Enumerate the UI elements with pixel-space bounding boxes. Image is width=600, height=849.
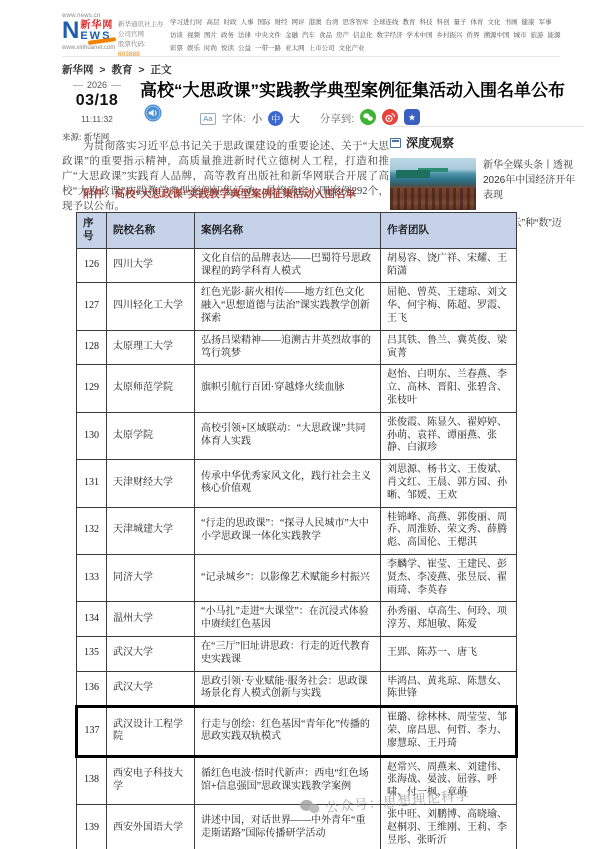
nav-link[interactable]: 乡村振兴 — [437, 32, 463, 40]
table-cell-school: 温州大学 — [107, 602, 195, 637]
table-cell-case: 弘扬吕梁精神——追溯古井英烈故事的笃行筑梦 — [195, 330, 381, 365]
table-row: 131天津财经大学传承中华优秀家风文化，践行社会主义核心价值观刘思源、杨书文、王… — [77, 460, 517, 507]
table-cell-case: 行走与创绘：红色基因“青年化”传播的思政实践双轨模式 — [195, 707, 381, 756]
nav-link[interactable]: 体育 — [471, 19, 484, 27]
wechat-share-icon[interactable] — [360, 109, 376, 128]
nav-link[interactable]: 上市公司 — [309, 45, 335, 53]
table-cell-team: 屈艳、曾英、王建琼、刘文华、何宇梅、陈超、罗霞、王飞 — [381, 283, 517, 330]
table-cell-no: 127 — [77, 283, 107, 330]
font-medium-button[interactable]: 中 — [268, 111, 283, 126]
table-cell-case: 旗帜引航行百团·穿越烽火续血脉 — [195, 365, 381, 412]
table-row: 129太原师范学院旗帜引航行百团·穿越烽火续血脉赵怡、白明东、兰春燕、李立、高林… — [77, 365, 517, 412]
nav-link[interactable]: 娱乐 — [187, 45, 200, 53]
font-label: 字体: — [222, 111, 246, 126]
nav-link[interactable]: 台湾 — [326, 19, 339, 27]
nav-link[interactable]: 悦读 — [221, 45, 234, 53]
nav-link[interactable]: 教育 — [403, 19, 416, 27]
nav-link[interactable]: 高层 — [207, 19, 220, 27]
nav-link[interactable]: 视频 — [187, 32, 200, 40]
nav-link[interactable]: 图片 — [204, 32, 217, 40]
page-title-text: 高校“大思政课”实践教学典型案例征集活动入围名单公布 — [140, 81, 565, 100]
nav-link[interactable]: 亚太网 — [285, 45, 305, 53]
nav-link[interactable]: 量子 — [454, 19, 467, 27]
nav-link[interactable]: 文化产业 — [339, 45, 365, 53]
nav-link[interactable]: 健康 — [522, 19, 535, 27]
table-row-highlighted: 137武汉设计工程学院行走与创绘：红色基因“青年化”传播的思政实践双轨模式崔璐、… — [77, 707, 517, 756]
table-cell-school: 太原学院 — [107, 412, 195, 459]
article-year: 2026 — [87, 80, 107, 90]
breadcrumb-current: 正文 — [150, 64, 171, 76]
nav-link[interactable]: 港澳 — [309, 19, 322, 27]
share-label: 分享到: — [320, 111, 354, 126]
table-cell-school: 西安电子科技大学 — [107, 756, 195, 804]
table-header-cell: 序号 — [77, 213, 107, 249]
nav-link[interactable]: 学习进行时 — [170, 19, 203, 27]
table-cell-case: 讲述中国，对话世界——中外青年“重走斯诺路”国际传播研学活动 — [195, 804, 381, 849]
font-small-button[interactable]: 小 — [252, 111, 263, 126]
newspaper-icon — [390, 138, 401, 148]
nav-link[interactable]: 金融 — [285, 32, 298, 40]
table-cell-team: 桂锦峰、高燕、郭俊丽、周乔、周淮娇、荣文秀、薛腾彪、高国伦、王楒淇 — [381, 507, 517, 554]
table-header-cell: 案例名称 — [195, 213, 381, 249]
nav-link[interactable]: 溯源中国 — [484, 32, 510, 40]
nav-link[interactable]: 城市 — [514, 32, 527, 40]
table-cell-case: “小马扎”走进“大课堂”：在沉浸式体验中赓续红色基因 — [195, 602, 381, 637]
table-row: 139西安外国语大学讲述中国，对话世界——中外青年“重走斯诺路”国际传播研学活动… — [77, 804, 517, 849]
table-row: 133同济大学“记录城乡”：以影像艺术赋能乡村振兴李麟学、崔莹、王建民、彭贤杰、… — [77, 555, 517, 602]
nav-link[interactable]: 公益 — [238, 45, 251, 53]
breadcrumb-education[interactable]: 教育 — [111, 64, 132, 76]
table-cell-no: 131 — [77, 460, 107, 507]
table-cell-case: 循红色电波·悟时代新声：西电“红色场馆+信息强国”思政课实践教学案例 — [195, 756, 381, 804]
table-cell-case: 在“三厅”旧址讲思政：行走的近代教育史实践课 — [195, 637, 381, 672]
table-cell-school: 四川大学 — [107, 248, 195, 283]
table-cell-case: 思政引领·专业赋能·服务社会：思政课场景化育人模式创新与实践 — [195, 671, 381, 707]
nav-link[interactable]: 旅游 — [531, 32, 544, 40]
nav-link[interactable]: 信息化 — [353, 32, 373, 40]
breadcrumb-separator: > — [99, 64, 105, 76]
table-cell-case: 文化自信的品牌表达——巴蜀符号思政课程的跨学科育人模式 — [195, 248, 381, 283]
table-cell-no: 135 — [77, 637, 107, 672]
table-row: 128太原理工大学弘扬吕梁精神——追溯古井英烈故事的笃行筑梦吕其铁、鲁兰、冀英俊… — [77, 330, 517, 365]
table-cell-team: 崔璐、徐林林、周莹莹、邹荣、席昌思、何哲、李力、廖慧琼、王丹琦 — [381, 707, 517, 756]
table-cell-school: 天津财经大学 — [107, 460, 195, 507]
article-date: 03/18 — [62, 92, 132, 110]
nav-link[interactable]: 科技 — [420, 19, 433, 27]
nav-link[interactable]: 文化 — [488, 19, 501, 27]
table-cell-school: 西安外国语大学 — [107, 804, 195, 849]
site-logo[interactable]: www.news.cn N 新华网 EWS www.xinhuanet.com — [62, 13, 114, 51]
article-paragraph: 为贯彻落实习近平总书记关于思政课建设的重要论述、关于“大思政课”的重要指示精神，… — [62, 139, 389, 214]
svg-text:★: ★ — [408, 113, 416, 123]
table-cell-school: 武汉大学 — [107, 637, 195, 672]
table-cell-no: 130 — [77, 412, 107, 459]
table-cell-case: “行走的思政课”：“探寻人民城市”大中小学思政课一体化实践教学 — [195, 507, 381, 554]
table-cell-school: 武汉设计工程学院 — [107, 707, 195, 756]
sidebar-title: 深度观察 — [406, 134, 454, 151]
table-cell-school: 四川轻化工大学 — [107, 283, 195, 330]
table-cell-team: 张中旺、刘鹏博、高晓瑜、赵桐羽、王维刚、王莉、李昱彤、张昕沂 — [381, 804, 517, 849]
table-cell-no: 139 — [77, 804, 107, 849]
table-row: 138西安电子科技大学循红色电波·悟时代新声：西电“红色场馆+信息强国”思政课实… — [77, 756, 517, 804]
stock-label: 股票代码: — [118, 41, 146, 48]
sidebar-header: 深度观察 — [390, 134, 584, 151]
breadcrumb-home[interactable]: 新华网 — [62, 64, 94, 76]
table-header-cell: 作者团队 — [381, 213, 517, 249]
top-nav: 学习进行时高层时政人事国际财经网评港澳台湾思客智库全球连线教育科技科创量子体育文… — [170, 19, 562, 53]
table-cell-no: 133 — [77, 555, 107, 602]
table-row: 135武汉大学在“三厅”旧址讲思政：行走的近代教育史实践课王郢、陈苏一、唐飞 — [77, 637, 517, 672]
nav-link[interactable]: 一带一路 — [255, 45, 281, 53]
table-row: 127四川轻化工大学红色光影·薪火相传——地方红色文化融入“思想道德与法治”课实… — [77, 283, 517, 330]
nav-link[interactable]: 法律 — [238, 32, 251, 40]
table-cell-no: 136 — [77, 671, 107, 707]
nav-link[interactable]: 书画 — [505, 19, 518, 27]
table-cell-school: 太原师范学院 — [107, 365, 195, 412]
port-news-thumbnail — [390, 158, 476, 210]
breadcrumb-separator: > — [138, 64, 144, 76]
table-body: 126四川大学文化自信的品牌表达——巴蜀符号思政课程的跨学科育人模式胡易容、饶广… — [77, 248, 517, 849]
nav-link[interactable]: 房产 — [336, 32, 349, 40]
nav-link[interactable]: 财经 — [275, 19, 288, 27]
nav-link[interactable]: 访谈 — [170, 32, 183, 40]
table-row: 136武汉大学思政引领·专业赋能·服务社会：思政课场景化育人模式创新与实践毕鸿昌… — [77, 671, 517, 707]
logo-letter-n: N — [62, 20, 79, 42]
nav-link[interactable]: 侨界 — [467, 32, 480, 40]
table-cell-team: 吕其铁、鲁兰、冀英俊、梁寅菁 — [381, 330, 517, 365]
sidebar-news-text: 新华全媒头条丨透视2026年中国经济开年表现 — [483, 158, 584, 210]
nav-link[interactable]: 科创 — [437, 19, 450, 27]
table-cell-no: 134 — [77, 602, 107, 637]
font-size-icon[interactable]: Aa — [200, 113, 216, 125]
table-cell-team: 胡易容、饶广祥、宋耀、王陌潇 — [381, 248, 517, 283]
table-cell-case: “记录城乡”：以影像艺术赋能乡村振兴 — [195, 555, 381, 602]
nav-link[interactable]: 全球连线 — [373, 19, 399, 27]
sidebar-news-item[interactable]: 新华全媒头条丨透视2026年中国经济开年表现 — [390, 158, 584, 210]
table-header-row: 序号院校名称案例名称作者团队 — [77, 213, 517, 249]
nav-link[interactable]: 网评 — [292, 19, 305, 27]
nav-link[interactable]: 汽车 — [302, 32, 315, 40]
table-cell-team: 赵怡、白明东、兰春燕、李立、高林、晋阳、张碧含、张枝叶 — [381, 365, 517, 412]
table-cell-team: 王郢、陈苏一、唐飞 — [381, 637, 517, 672]
table-cell-team: 孙秀丽、卓高生、何玲、项淳芳、郑旭敏、陈爱 — [381, 602, 517, 637]
font-large-button[interactable]: 大 — [289, 111, 300, 126]
table-cell-school: 同济大学 — [107, 555, 195, 602]
nav-link[interactable]: 数字经济 — [377, 32, 403, 40]
table-cell-school: 天津城建大学 — [107, 507, 195, 554]
table-row: 130太原学院高校引领+区域联动：“大思政课”共同体育人实践张俊霞、陈显久、翟婷… — [77, 412, 517, 459]
nav-link[interactable]: 中央文件 — [255, 32, 281, 40]
breadcrumb: 新华网 > 教育 > 正文 — [62, 62, 174, 77]
org-line2: 公司官网 — [118, 30, 164, 40]
nav-link[interactable]: 政务 — [221, 32, 234, 40]
year-row: 2026 — [62, 80, 132, 90]
table-cell-school: 太原理工大学 — [107, 330, 195, 365]
table-cell-no: 128 — [77, 330, 107, 365]
table-cell-no: 132 — [77, 507, 107, 554]
nav-link[interactable]: 时尚 — [204, 45, 217, 53]
table-cell-team: 李麟学、崔莹、王建民、彭贤杰、李凌燕、张昱辰、翟雨琦、李英春 — [381, 555, 517, 602]
table-cell-no: 126 — [77, 248, 107, 283]
nav-link[interactable]: 思客智库 — [343, 19, 369, 27]
table-cell-school: 武汉大学 — [107, 671, 195, 707]
table-cell-case: 传承中华优秀家风文化，践行社会主义核心价值观 — [195, 460, 381, 507]
nav-link[interactable]: 彩票 — [170, 45, 183, 53]
table-cell-case: 高校引领+区域联动：“大思政课”共同体育人实践 — [195, 412, 381, 459]
table-cell-case: 红色光影·薪火相传——地方红色文化融入“思想道德与法治”课实践教学创新探索 — [195, 283, 381, 330]
table-row: 134温州大学“小马扎”走进“大课堂”：在沉浸式体验中赓续红色基因孙秀丽、卓高生… — [77, 602, 517, 637]
table-cell-team: 毕鸿昌、黄兆琼、陈慧女、陈世锋 — [381, 671, 517, 707]
org-info: 新华通讯社主办 公司官网 股票代码: 603888 — [118, 20, 164, 60]
header-divider — [62, 56, 560, 57]
table-cell-team: 刘思源、杨书文、王俊斌、肖文红、王晨、郭方园、孙晰、邹媛、王欢 — [381, 460, 517, 507]
attachment-title: 附件：高校“大思政课”实践教学典型案例征集活动入围名单 — [83, 186, 383, 201]
org-line1: 新华通讯社主办 — [118, 20, 164, 30]
table-cell-no: 138 — [77, 756, 107, 804]
nav-link[interactable]: 人事 — [241, 19, 254, 27]
nav-link[interactable]: 军事 — [539, 19, 552, 27]
table-row: 132天津城建大学“行走的思政课”：“探寻人民城市”大中小学思政课一体化实践教学… — [77, 507, 517, 554]
site-url-bottom: www.xinhuanet.com — [62, 45, 114, 51]
table-row: 126四川大学文化自信的品牌表达——巴蜀符号思政课程的跨学科育人模式胡易容、饶广… — [77, 248, 517, 283]
nav-link[interactable]: 时政 — [224, 19, 237, 27]
nav-link[interactable]: 食品 — [319, 32, 332, 40]
nav-link[interactable]: 国际 — [258, 19, 271, 27]
stock-code-line: 股票代码: 603888 — [118, 40, 164, 60]
table-cell-no: 137 — [77, 707, 107, 756]
table-header-cell: 院校名称 — [107, 213, 195, 249]
page: www.news.cn N 新华网 EWS www.xinhuanet.com … — [0, 0, 600, 849]
table-cell-no: 129 — [77, 365, 107, 412]
nav-link[interactable]: 能源 — [548, 32, 561, 40]
nav-link[interactable]: 学术中国 — [407, 32, 433, 40]
table-cell-team: 赵常兴、周燕来、刘建伟、张海战、晏波、屈蓉、呼啸、付一枫、章萌 — [381, 756, 517, 804]
shortlist-table: 序号院校名称案例名称作者团队 126四川大学文化自信的品牌表达——巴蜀符号思政课… — [75, 212, 518, 849]
table-cell-team: 张俊霞、陈显久、翟婷婷、孙萌、袁祥、谭丽燕、张静、白淑珍 — [381, 412, 517, 459]
